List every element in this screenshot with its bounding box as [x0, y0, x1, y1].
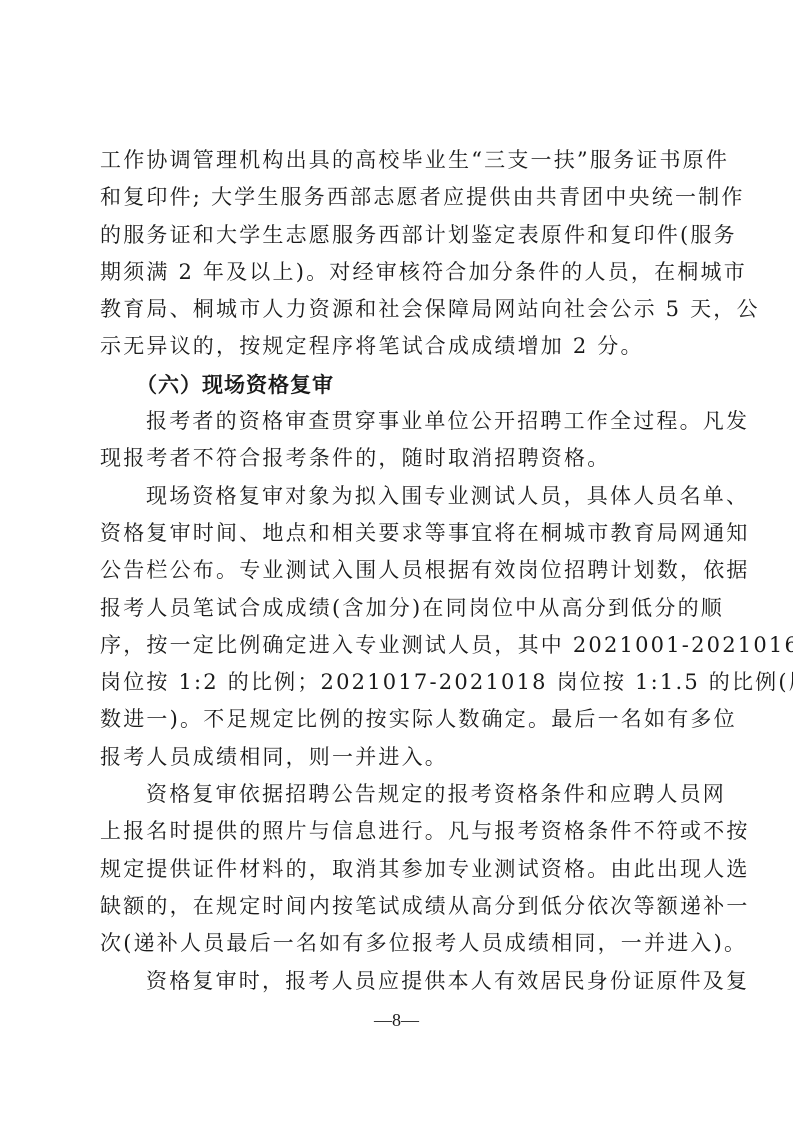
paragraph-start: 现场资格复审对象为拟入围专业测试人员，具体人员名单、: [100, 478, 700, 515]
text-line: 数进一)。不足规定比例的按实际人数确定。最后一名如有多位: [100, 701, 700, 738]
section-heading: （六）现场资格复审: [100, 366, 700, 403]
text-line: 工作协调管理机构出具的高校毕业生“三支一扶”服务证书原件: [100, 142, 700, 179]
text-line: 教育局、桐城市人力资源和社会保障局网站向社会公示 5 天，公: [100, 291, 700, 328]
text-line: 资格复审时间、地点和相关要求等事宜将在桐城市教育局网通知: [100, 515, 700, 552]
text-line: 规定提供证件材料的，取消其参加专业测试资格。由此出现人选: [100, 851, 700, 888]
text-line: 报考人员笔试合成成绩(含加分)在同岗位中从高分到低分的顺: [100, 590, 700, 627]
text-line: 上报名时提供的照片与信息进行。凡与报考资格条件不符或不按: [100, 813, 700, 850]
paragraph-start: 资格复审时，报考人员应提供本人有效居民身份证原件及复: [100, 963, 700, 1000]
text-line: 现报考者不符合报考条件的，随时取消招聘资格。: [100, 440, 700, 477]
text-line: 岗位按 1:2 的比例；2021017-2021018 岗位按 1:1.5 的比…: [100, 664, 700, 701]
text-line: 示无异议的，按规定程序将笔试合成成绩增加 2 分。: [100, 328, 700, 365]
text-line: 公告栏公布。专业测试入围人员根据有效岗位招聘计划数，依据: [100, 552, 700, 589]
text-line: 期须满 2 年及以上)。对经审核符合加分条件的人员，在桐城市: [100, 254, 700, 291]
paragraph-start: 报考者的资格审查贯穿事业单位公开招聘工作全过程。凡发: [100, 403, 700, 440]
text-line: 和复印件; 大学生服务西部志愿者应提供由共青团中央统一制作: [100, 179, 700, 216]
text-line: 报考人员成绩相同，则一并进入。: [100, 739, 700, 776]
document-page: 工作协调管理机构出具的高校毕业生“三支一扶”服务证书原件 和复印件; 大学生服务…: [100, 142, 700, 1000]
paragraph-start: 资格复审依据招聘公告规定的报考资格条件和应聘人员网: [100, 776, 700, 813]
text-line: 序，按一定比例确定进入专业测试人员，其中 2021001-2021016: [100, 627, 700, 664]
text-line: 的服务证和大学生志愿服务西部计划鉴定表原件和复印件(服务: [100, 217, 700, 254]
text-line: 缺额的，在规定时间内按笔试成绩从高分到低分依次等额递补一: [100, 888, 700, 925]
text-line: 次(递补人员最后一名如有多位报考人员成绩相同，一并进入)。: [100, 925, 700, 962]
page-number: —8—: [0, 1010, 793, 1031]
